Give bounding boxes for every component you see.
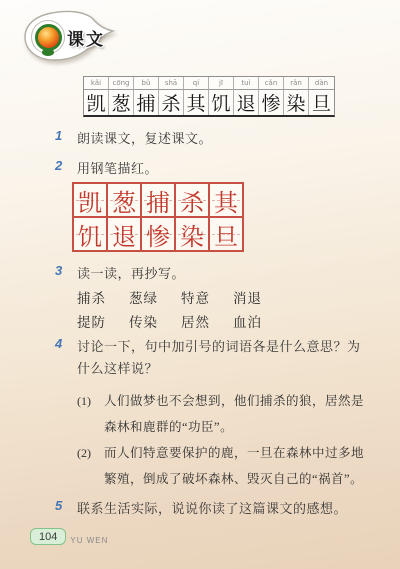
exercise-text: 联系生活实际，说说你读了这篇课文的感想。: [77, 498, 347, 520]
word: 葱绿: [129, 287, 158, 311]
word: 特意: [181, 287, 210, 311]
character-cell: 捕: [134, 90, 159, 115]
exercise-3: 3 读一读，再抄写。: [55, 263, 375, 285]
subject-label: YU WEN: [70, 536, 108, 545]
character-cell: 杀: [159, 90, 184, 115]
word-row: 捕杀 葱绿 特意 消退: [77, 287, 262, 311]
tracing-cell: 惨: [141, 217, 175, 251]
flower-sun-icon: [31, 20, 65, 54]
exercise-number: 5: [55, 498, 77, 520]
exercise-5: 5 联系生活实际，说说你读了这篇课文的感想。: [55, 498, 375, 520]
exercise-4: 4 讨论一下，句中加引号的词语各是什么意思？为什么这样说？: [55, 336, 375, 380]
character-cell: 其: [184, 90, 209, 115]
word: 捕杀: [77, 287, 106, 311]
tracing-cell: 葱: [107, 183, 141, 217]
item-number: (2): [77, 440, 104, 492]
word: 提防: [77, 311, 106, 335]
word: 传染: [129, 311, 158, 335]
tracing-cell: 退: [107, 217, 141, 251]
item-number: (1): [77, 388, 104, 440]
discussion-item-2: (2) 而人们特意要保护的鹿，一旦在森林中过多地繁殖，倒成了破坏森林、毁灭自己的…: [77, 440, 382, 492]
exercise-number: 3: [55, 263, 77, 285]
tracing-cell: 其: [209, 183, 243, 217]
item-text: 人们做梦也不会想到，他们捕杀的狼，居然是森林和鹿群的“功臣”。: [104, 388, 372, 440]
tracing-cell: 染: [175, 217, 209, 251]
exercise-text: 讨论一下，句中加引号的词语各是什么意思？为什么这样说？: [77, 336, 373, 380]
page-number-badge: 104: [30, 528, 66, 545]
exercise-text: 读一读，再抄写。: [77, 263, 185, 285]
vocab-table: kǎi cōng bǔ shā qí jī tuì cǎn rǎn dàn 凯 …: [83, 76, 335, 117]
character-cell: 退: [234, 90, 259, 115]
character-cell: 饥: [209, 90, 234, 115]
tracing-cell: 捕: [141, 183, 175, 217]
exercise-2: 2 用钢笔描红。: [55, 158, 375, 180]
character-cell: 惨: [259, 90, 284, 115]
word: 血泊: [233, 311, 262, 335]
exercise-1: 1 朗读课文，复述课文。: [55, 128, 375, 150]
word-list: 捕杀 葱绿 特意 消退 提防 传染 居然 血泊: [77, 287, 262, 335]
discussion-item-1: (1) 人们做梦也不会想到，他们捕杀的狼，居然是森林和鹿群的“功臣”。: [77, 388, 382, 440]
exercise-number: 2: [55, 158, 77, 180]
character-cell: 染: [284, 90, 309, 115]
character-cell: 葱: [109, 90, 134, 115]
exercise-number: 1: [55, 128, 77, 150]
word: 消退: [233, 287, 262, 311]
exercise-text: 朗读课文，复述课文。: [77, 128, 212, 150]
character-cell: 凯: [84, 90, 109, 115]
item-text: 而人们特意要保护的鹿，一旦在森林中过多地繁殖，倒成了破坏森林、毁灭自己的“祸首”…: [104, 440, 372, 492]
word: 居然: [181, 311, 210, 335]
exercise-number: 4: [55, 336, 77, 380]
tracing-cell: 凯: [73, 183, 107, 217]
word-row: 提防 传染 居然 血泊: [77, 311, 262, 335]
section-title: 课文: [67, 25, 105, 50]
tracing-cell: 旦: [209, 217, 243, 251]
page-footer: 104 YU WEN: [30, 528, 108, 545]
tracing-grid: 凯 葱 捕 杀 其 饥 退 惨 染 旦: [72, 182, 244, 252]
tracing-cell: 饥: [73, 217, 107, 251]
character-cell: 旦: [309, 90, 334, 115]
tracing-cell: 杀: [175, 183, 209, 217]
exercise-text: 用钢笔描红。: [77, 158, 158, 180]
lesson-logo: 课文: [20, 8, 120, 66]
